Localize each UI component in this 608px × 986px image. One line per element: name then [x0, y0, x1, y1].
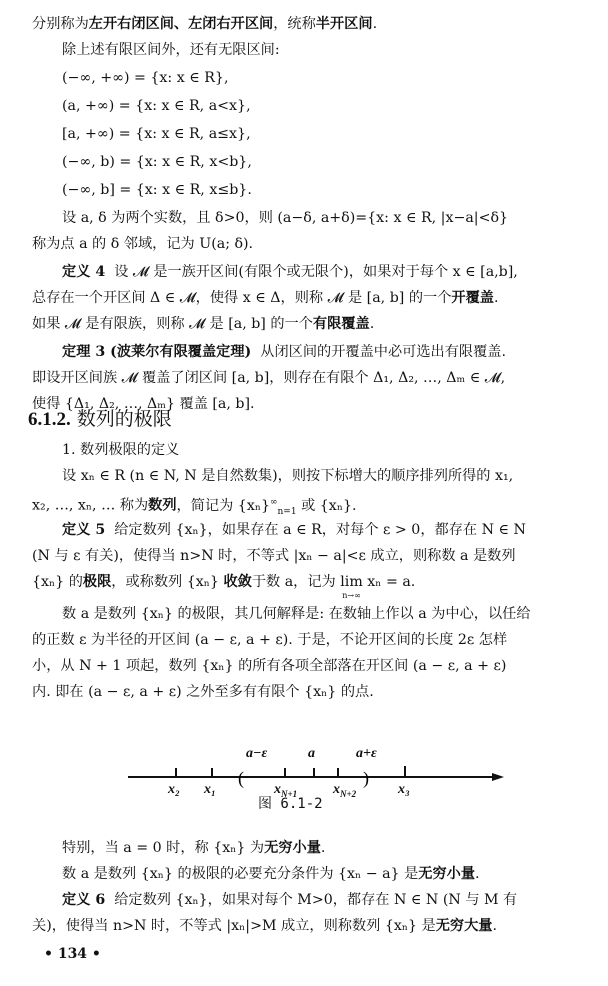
text-line: 除上述有限区间外，还有无限区间:	[62, 40, 280, 60]
label-xN2: xN+2	[333, 782, 356, 799]
text-line: 数 a 是数列 {xₙ} 的极限，其几何解释是: 在数轴上作以 a 为中心，以任…	[62, 604, 531, 624]
figure-caption: 图 6.1-2	[258, 793, 323, 813]
theorem-3: 定理 3 (波莱尔有限覆盖定理) 从闭区间的开覆盖中必可选出有限覆盖.	[62, 342, 506, 362]
text-line: 的正数 ε 为半径的开区间 (a − ε, a + ε). 于是，不论开区间的长…	[32, 630, 507, 650]
text-line: 设 xₙ ∈ R (n ∈ N, N 是自然数集)，则按下标增大的顺序排列所得的…	[62, 466, 513, 486]
text-line: 特别，当 a = 0 时，称 {xₙ} 为无穷小量.	[62, 838, 325, 858]
label-a-plus-eps: a+ε	[356, 746, 377, 762]
formula-line: (−∞, +∞) = {x: x ∈ R},	[62, 68, 228, 88]
definition-5: 定义 5 给定数列 {xₙ}，如果存在 a ∈ R，对每个 ε > 0，都存在 …	[62, 520, 526, 540]
text-line: 内. 即在 (a − ε, a + ε) 之外至多有有限个 {xₙ} 的点.	[32, 682, 374, 702]
subsection-heading: 1. 数列极限的定义	[62, 440, 179, 460]
formula-line: [a, +∞) = {x: x ∈ R, a≤x},	[62, 124, 251, 144]
text-line: x₂, …, xₙ, … 称为数列，简记为 {xₙ}∞n=1 或 {xₙ}.	[32, 492, 357, 522]
svg-text:(: (	[238, 768, 244, 789]
formula-line: (a, +∞) = {x: x ∈ R, a<x},	[62, 96, 251, 116]
formula-line: (−∞, b) = {x: x ∈ R, x<b},	[62, 152, 252, 172]
text-line: 总存在一个开区间 Δ ∈ 𝓜，使得 x ∈ Δ，则称 𝓜 是 [a, b] 的一…	[32, 288, 498, 308]
text-line: 设 a, δ 为两个实数，且 δ>0，则 (a−δ, a+δ)={x: x ∈ …	[62, 208, 508, 228]
label-x3: x₃	[398, 782, 410, 798]
section-title: 数列的极限	[77, 408, 172, 430]
text-line: 小，从 N + 1 项起，数列 {xₙ} 的所有各项全部落在开区间 (a − ε…	[32, 656, 506, 676]
definition-4: 定义 4 定义 4 设 𝓜 是一族开区间(有限个或无限个)，如果对于每个 x ∈…	[62, 262, 518, 282]
label-x1: x₁	[204, 782, 216, 798]
number-line-diagram: ( )	[128, 730, 504, 800]
text-line: 关)，使得当 n>N 时，不等式 |xₙ|>M 成立，则称数列 {xₙ} 是无穷…	[32, 916, 497, 936]
section-number: 6.1.2.	[28, 409, 71, 430]
text-line: 即设开区间族 𝓜 覆盖了闭区间 [a, b]，则存在有限个 Δ₁, Δ₂, …,…	[32, 368, 505, 388]
label-a: a	[308, 746, 315, 762]
text-line: 如果 𝓜 是有限族，则称 𝓜 是 [a, b] 的一个有限覆盖.	[32, 314, 374, 334]
text-line: 称为点 a 的 δ 邻域，记为 U(a; δ).	[32, 234, 253, 254]
text-line: (N 与 ε 有关)，使得当 n>N 时，不等式 |xₙ − a|<ε 成立，则…	[32, 546, 516, 566]
text-line: 分别称为左开右闭区间、左闭右开区间，统称半开区间.	[32, 14, 377, 34]
svg-text:): )	[363, 768, 369, 789]
text-line: 数 a 是数列 {xₙ} 的极限的必要充分条件为 {xₙ − a} 是无穷小量.	[62, 864, 480, 884]
section-heading: 6.1.2. 数列的极限	[28, 404, 172, 431]
label-x2: x₂	[168, 782, 180, 798]
definition-6: 定义 6 给定数列 {xₙ}，如果对每个 M>0，都存在 N ∈ N (N 与 …	[62, 890, 517, 910]
formula-line: (−∞, b] = {x: x ∈ R, x≤b}.	[62, 180, 252, 200]
text-line: {xₙ} 的极限，或称数列 {xₙ} 收敛于数 a，记为 limn→∞ xₙ =…	[32, 572, 415, 592]
label-a-minus-eps: a−ε	[246, 746, 267, 762]
number-line-figure: ( ) x₂ x₁ xN+1 xN+2 x₃ a−ε a a+ε	[128, 730, 504, 800]
page-number: • 134 •	[44, 946, 101, 962]
